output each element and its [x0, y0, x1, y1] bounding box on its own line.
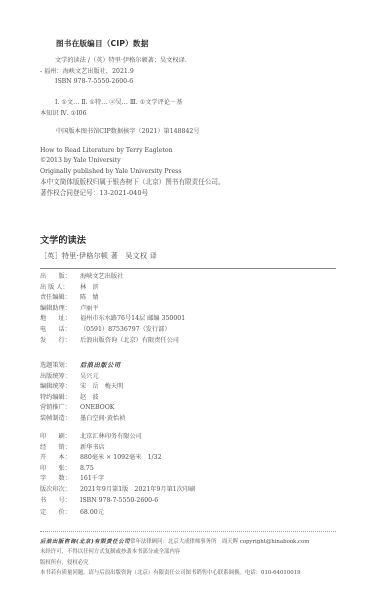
- cip-class-line: Ⅰ. ①文… Ⅱ. ①特… ②吴… Ⅲ. ①文学评论－基: [40, 98, 182, 109]
- original-edition-info: How to Read Literature by Terry Eagleton…: [40, 146, 225, 198]
- info-row: 电 话：（0591）87536797（发行部）: [40, 325, 185, 336]
- book-title: 文学的读法: [40, 232, 86, 246]
- info-row: 印 刷：北京汇林印务有限公司: [40, 432, 195, 443]
- book-byline: ［英］特里·伊格尔顿 著 吴文权 译: [40, 251, 157, 261]
- info-label: 发 行：: [40, 336, 80, 347]
- cip-approval-number: 中国版本图书馆CIP数据核字（2021）第148842号: [56, 127, 200, 138]
- info-label: 印 张：: [40, 464, 80, 475]
- info-label: 装帧制造：: [40, 414, 80, 425]
- info-row: 编辑统筹：宋 岳 梅天明: [40, 382, 125, 393]
- cip-entry-line: 文学的读法 /（英）特里·伊格尔顿著；吴文权译.: [40, 56, 187, 67]
- divider: [40, 268, 336, 269]
- info-value: 宋 岳 梅天明: [80, 383, 123, 390]
- copyright-page: 图书在版编目（CIP）数据 文学的读法 /（英）特里·伊格尔顿著；吴文权译. -…: [0, 0, 375, 606]
- info-value: ISBN 978-7-5550-2600-6: [80, 497, 158, 504]
- info-label: 编辑助理：: [40, 304, 80, 315]
- defect-exchange-notice: 本书若有质量问题，请与后浪出版咨询（北京）有限责任公司图书销售中心联系调换。电话…: [40, 568, 309, 578]
- info-value: 后浪出版咨询（北京）有限责任公司: [80, 337, 179, 344]
- info-row: 责任编辑：陈 婧: [40, 293, 185, 304]
- price-value: 68.00元: [80, 509, 104, 516]
- publisher-logo-text: 后浪出版公司: [80, 362, 121, 369]
- company-logo-text: 后浪出版咨询(北京)有限责任公司: [40, 539, 130, 545]
- info-value: 2021年9月第1版 2021年9月第1次印刷: [80, 486, 195, 493]
- info-value: 卢丽平: [80, 305, 99, 312]
- info-label: 出 版：: [40, 272, 80, 283]
- info-row: 特约编辑：赵 波: [40, 393, 125, 404]
- info-value: 新华书店: [80, 444, 105, 451]
- info-value: 吴兴元: [80, 373, 99, 380]
- info-label: 出 版 人：: [40, 283, 80, 294]
- info-label: 书 号：: [40, 496, 80, 507]
- info-row: 书 号：ISBN 978-7-5550-2600-6: [40, 496, 195, 507]
- rights-reserved-notice: 版权所有，侵权必究: [40, 558, 309, 568]
- info-label: 经 销：: [40, 443, 80, 454]
- printing-info: 印 刷：北京汇林印务有限公司 经 销：新华书店 开 本：880毫米 × 1092…: [40, 432, 195, 519]
- info-label: 印 刷：: [40, 432, 80, 443]
- original-publisher-line: Originally published by Yale University …: [40, 167, 225, 177]
- info-row: 出版统筹：吴兴元: [40, 372, 125, 383]
- info-value: 陈 婧: [80, 294, 99, 301]
- info-row: 营销推广：ONEBOOK: [40, 403, 125, 414]
- info-value: 880毫米 × 1092毫米 1/32: [80, 454, 162, 461]
- cip-class-line: 本知识 Ⅳ. ①I06: [40, 109, 182, 120]
- info-label: 责任编辑：: [40, 293, 80, 304]
- original-title-line: How to Read Literature by Terry Eagleton: [40, 146, 225, 156]
- info-row: 编辑助理：卢丽平: [40, 304, 185, 315]
- info-value: ONEBOOK: [80, 404, 114, 411]
- info-row: 经 销：新华书店: [40, 443, 195, 454]
- no-copy-notice: 未经许可，不得以任何方式复制或抄袭本书部分或全部内容: [40, 547, 309, 557]
- info-value: 墨白空间·黄怡祯: [80, 415, 125, 422]
- info-label: 版次印次：: [40, 485, 80, 496]
- legal-notice: 后浪出版咨询(北京)有限责任公司常年法律顾问：北京大成律师事务所 周天晖 cop…: [40, 537, 309, 579]
- info-label: 特约编辑：: [40, 393, 80, 404]
- info-row: 出 版：海峡文艺出版社: [40, 272, 185, 283]
- legal-counsel-line: 后浪出版咨询(北京)有限责任公司常年法律顾问：北京大成律师事务所 周天晖 cop…: [40, 537, 309, 547]
- editorial-info: 选题策划：后浪出版公司 出版统筹：吴兴元 编辑统筹：宋 岳 梅天明 特约编辑：赵…: [40, 361, 125, 425]
- info-row: 地 址：福州市东水路76号14层 邮编 350001: [40, 314, 185, 325]
- chinese-rights-line: 本中文简体版版权归属于银杏树下（北京）图书有限责任公司。: [40, 177, 225, 187]
- cip-isbn: ISBN 978-7-5550-2600-6: [40, 77, 187, 88]
- info-value: 海峡文艺出版社: [80, 273, 123, 280]
- info-row: 字 数：161千字: [40, 474, 195, 485]
- cip-classification: Ⅰ. ①文… Ⅱ. ①特… ②吴… Ⅲ. ①文学评论－基 本知识 Ⅳ. ①I06: [40, 98, 182, 119]
- info-label: 定 价：: [40, 508, 80, 519]
- info-label: 地 址：: [40, 314, 80, 325]
- info-value: 8.75: [80, 465, 94, 472]
- info-label: 字 数：: [40, 474, 80, 485]
- info-label: 编辑统筹：: [40, 382, 80, 393]
- info-label: 选题策划：: [40, 361, 80, 372]
- original-copyright-line: ©2013 by Yale University: [40, 156, 225, 166]
- info-label: 开 本：: [40, 453, 80, 464]
- cip-heading: 图书在版编目（CIP）数据: [56, 38, 149, 49]
- info-row: 印 张：8.75: [40, 464, 195, 475]
- info-row: 选题策划：后浪出版公司: [40, 361, 125, 372]
- cip-entry-line: - 福州：海峡文艺出版社，2021.9: [40, 67, 187, 78]
- info-value: 福州市东水路76号14层 邮编 350001: [80, 315, 185, 322]
- info-value: 赵 波: [80, 394, 99, 401]
- info-row: 版次印次：2021年9月第1版 2021年9月第1次印刷: [40, 485, 195, 496]
- info-label: 出版统筹：: [40, 372, 80, 383]
- cip-entry: 文学的读法 /（英）特里·伊格尔顿著；吴文权译. - 福州：海峡文艺出版社，20…: [40, 56, 187, 88]
- info-value: 北京汇林印务有限公司: [80, 433, 142, 440]
- dotted-divider: [40, 531, 336, 532]
- info-label: 营销推广：: [40, 403, 80, 414]
- info-row: 装帧制造：墨白空间·黄怡祯: [40, 414, 125, 425]
- counsel-text: 常年法律顾问：北京大成律师事务所 周天晖 copyright@hinabook.…: [130, 539, 309, 545]
- contract-registration-line: 著作权合同登记号：13-2021-040号: [40, 188, 225, 198]
- info-row: 发 行：后浪出版咨询（北京）有限责任公司: [40, 336, 185, 347]
- publishing-info: 出 版：海峡文艺出版社 出 版 人：林 滨 责任编辑：陈 婧 编辑助理：卢丽平 …: [40, 272, 185, 346]
- info-row: 开 本：880毫米 × 1092毫米 1/32: [40, 453, 195, 464]
- info-label: 电 话：: [40, 325, 80, 336]
- info-value: 林 滨: [80, 284, 99, 291]
- info-row: 出 版 人：林 滨: [40, 283, 185, 294]
- info-row: 定 价：68.00元: [40, 508, 195, 519]
- info-value: 161千字: [80, 475, 104, 482]
- info-value: （0591）87536797（发行部）: [80, 326, 171, 333]
